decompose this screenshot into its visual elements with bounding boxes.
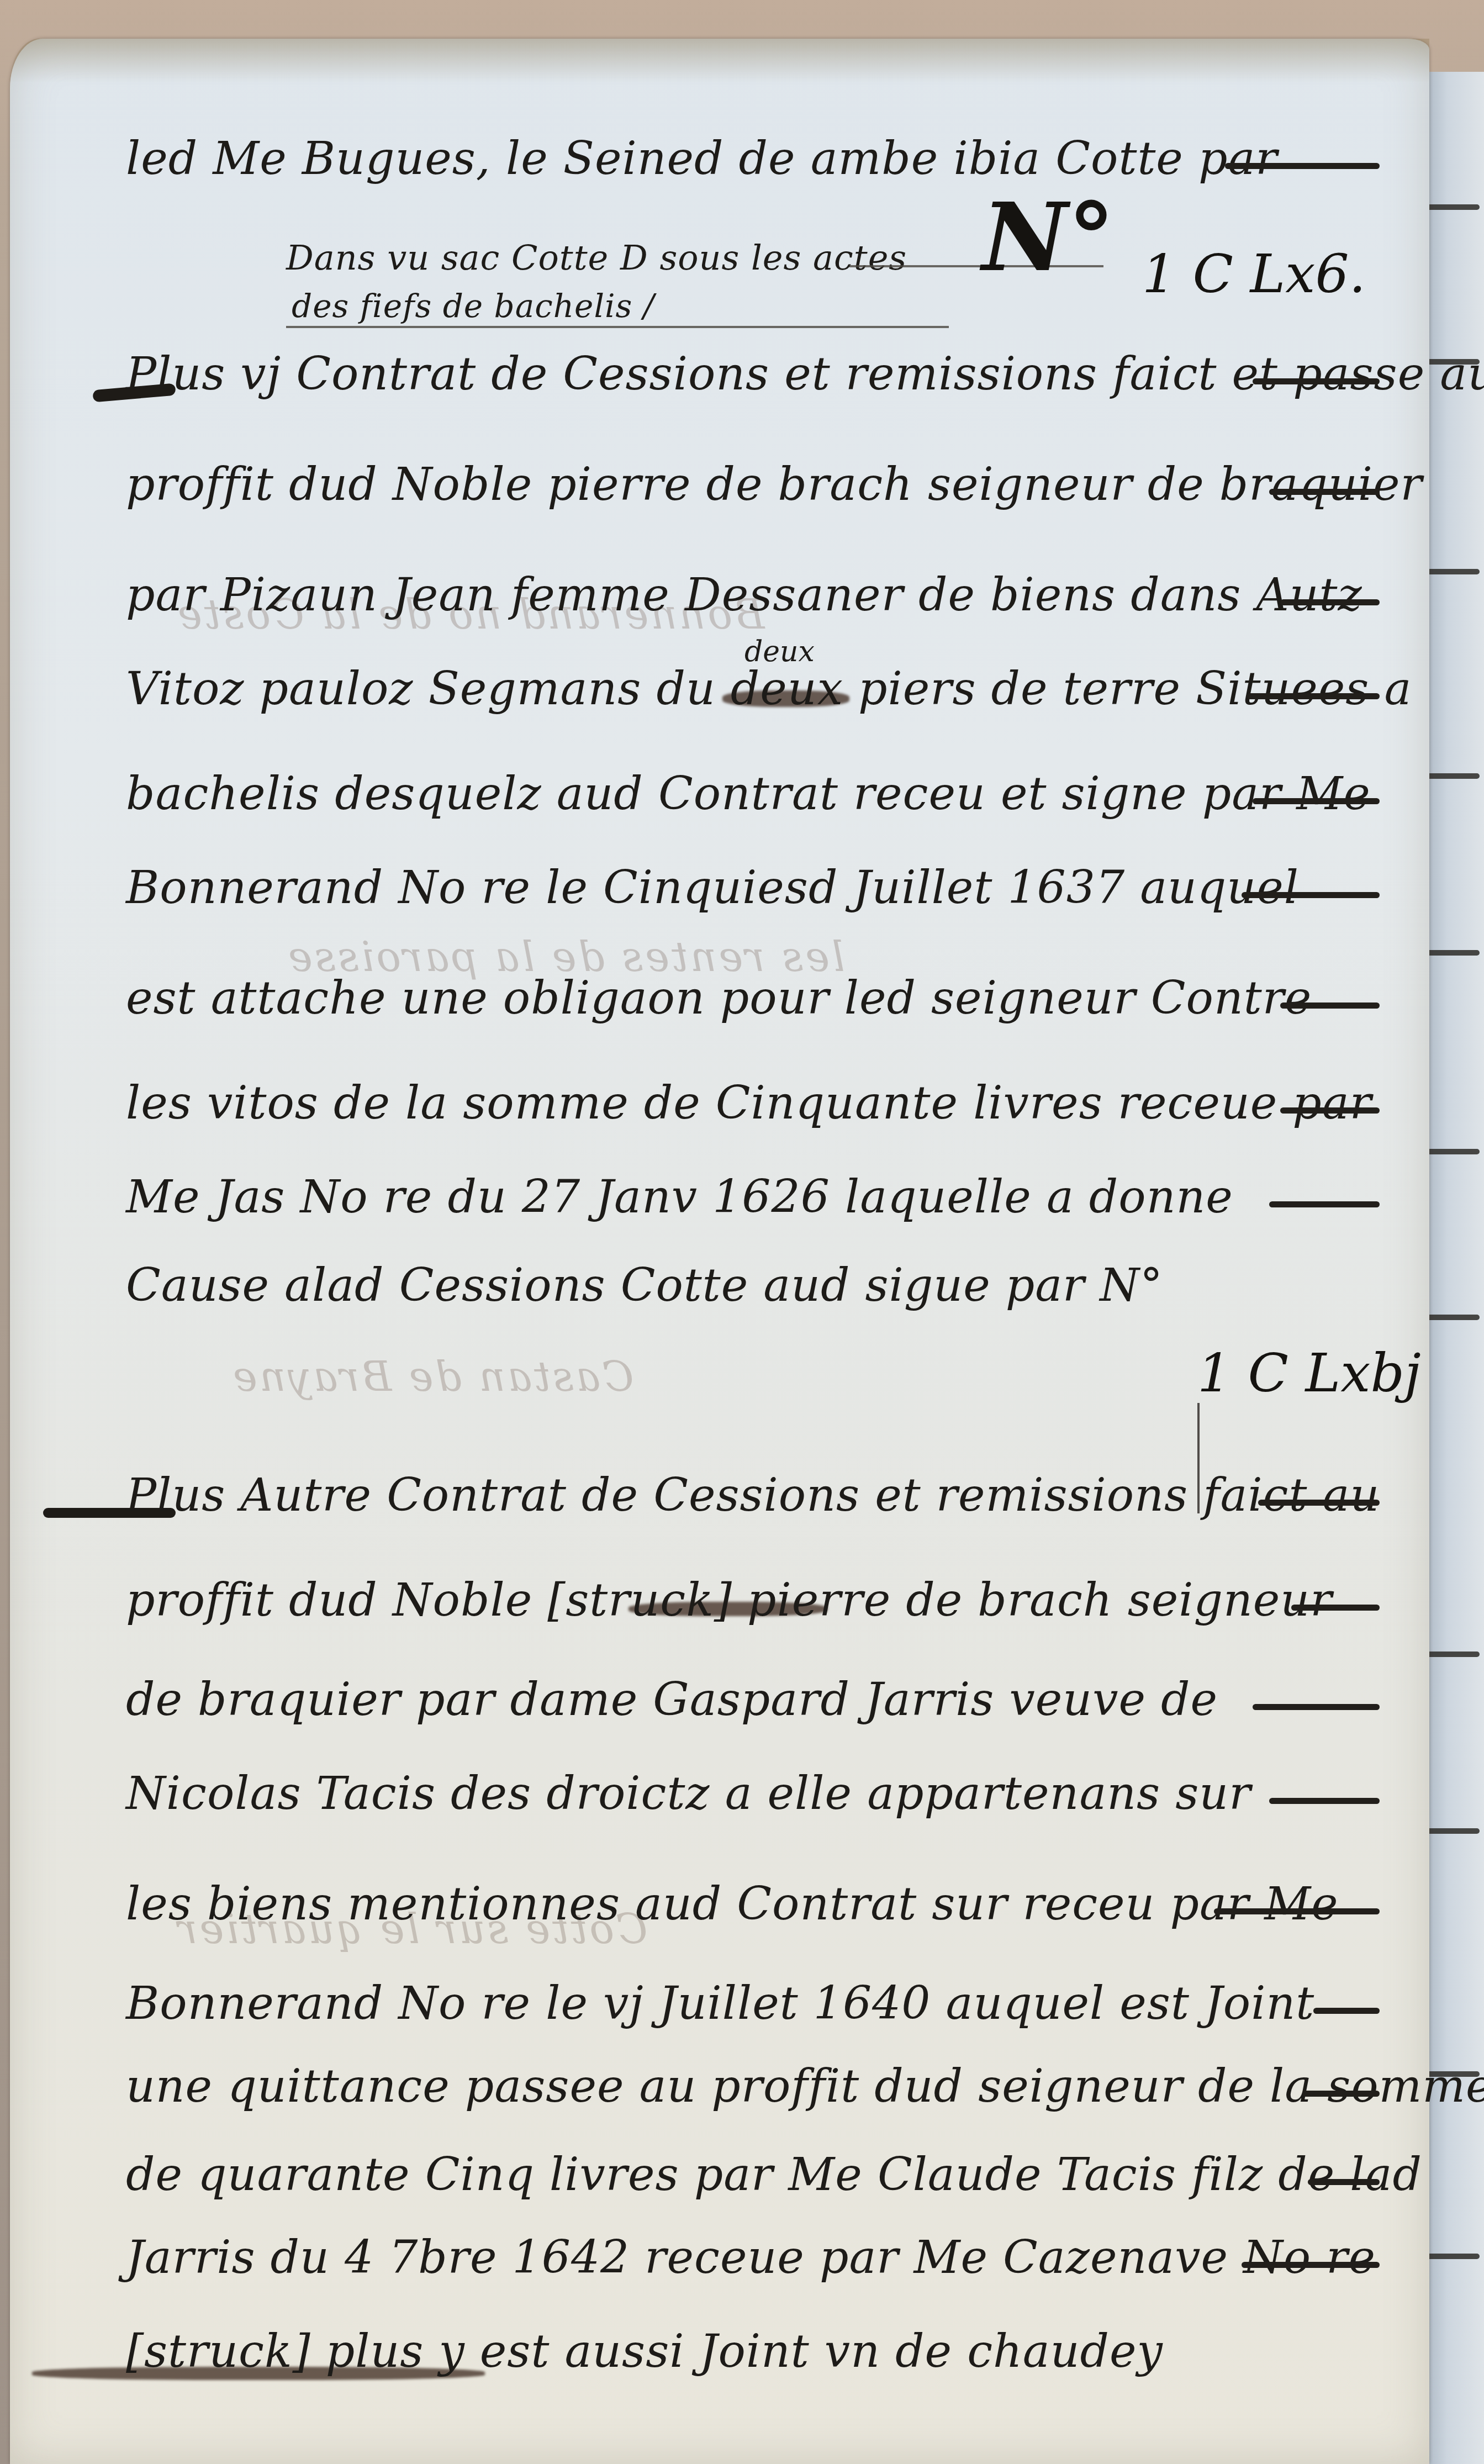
page-edge-dash	[1427, 1652, 1480, 1657]
entry-1-line-3: par Pizaun Jean femme Dessaner de biens …	[126, 569, 1363, 621]
line-end-dash	[1253, 798, 1380, 804]
line-end-dash	[1247, 693, 1380, 699]
reference-label-number: N°	[982, 182, 1115, 293]
line-end-dash	[1269, 1798, 1380, 1804]
entry-1-line-9: Me Jas No re du 27 Janv 1626 laquelle a …	[126, 1171, 1363, 1223]
line-end-dash	[1280, 599, 1380, 605]
line-end-dash	[1225, 163, 1380, 169]
entry-2-line-5: les biens mentionnes aud Contrat sur rec…	[126, 1878, 1363, 1930]
line-end-dash	[1302, 2091, 1380, 2097]
page-edge-dash	[1427, 1315, 1480, 1320]
entry-1-reference-number: 1 C Lxbj	[1197, 1342, 1421, 1404]
page-edge-dash	[1427, 1149, 1480, 1154]
line-end-dash	[1280, 1003, 1380, 1009]
line-end-dash	[1291, 1605, 1380, 1611]
bleed-through-text: Castan de Brayne	[231, 1353, 634, 1401]
entry-2-line-1: Plus Autre Contrat de Cessions et remiss…	[126, 1469, 1363, 1522]
line-end-dash	[1253, 378, 1380, 384]
reference-number: 1 C Lx6.	[1142, 243, 1366, 305]
line-end-dash	[1242, 2262, 1380, 2268]
line-end-dash	[1269, 489, 1380, 495]
entry-1-line-2: proffit dud Noble pierre de brach seigne…	[126, 458, 1363, 511]
entry-1-line-6: Bonnerand No re le Cinquiesd Juillet 163…	[126, 862, 1363, 914]
line-end-dash	[1253, 1704, 1380, 1710]
page-edge-dash	[1427, 1828, 1480, 1834]
entry-2-line-3: de braquier par dame Gaspard Jarris veuv…	[126, 1674, 1363, 1726]
entry-1-line-8: les vitos de la somme de Cinquante livre…	[126, 1077, 1363, 1130]
entry-1-line-7: est attache une obligaon pour led seigne…	[126, 972, 1363, 1025]
entry-2-line-4: Nicolas Tacis des droictz a elle apparte…	[126, 1767, 1363, 1820]
line-end-dash	[1214, 1908, 1380, 1914]
entry-1-line-5: bachelis desquelz aud Contrat receu et s…	[126, 768, 1363, 820]
entry-2-line-8: de quarante Cinq livres par Me Claude Ta…	[126, 2149, 1363, 2201]
line-end-dash	[1269, 1201, 1380, 1207]
entry-1-line-10: Cause alad Cessions Cotte aud sigue par …	[126, 1259, 1363, 1312]
page-edge-dash	[1427, 204, 1480, 210]
header-line-1: led Me Bugues, le Seined de ambe ibia Co…	[126, 133, 1363, 185]
line-end-dash	[1258, 1500, 1380, 1506]
entry-2-line-10: [struck] plus y est aussi Joint vn de ch…	[126, 2325, 1363, 2378]
entry-2-line-9: Jarris du 4 7bre 1642 receue par Me Caze…	[126, 2231, 1363, 2284]
line-end-dash	[1280, 1107, 1380, 1114]
line-end-dash	[1308, 2179, 1380, 2185]
entry-2-line-6: Bonnerand No re le vj Juillet 1640 auque…	[126, 1977, 1363, 2030]
page-edge-dash	[1427, 2254, 1480, 2259]
reference-underline	[286, 326, 949, 328]
entry-1-line-1: Plus vj Contrat de Cessions et remission…	[126, 348, 1363, 400]
entry-2-line-2: proffit dud Noble [struck] pierre de bra…	[126, 1574, 1363, 1627]
page-edge-dash	[1427, 569, 1480, 574]
line-end-dash	[1242, 892, 1380, 898]
entry-1-line-4: Vitoz pauloz Segmans du deux piers de te…	[126, 663, 1363, 715]
line-end-dash	[1313, 2008, 1380, 2014]
page-edge-dash	[1427, 773, 1480, 779]
entry-2-line-7: une quittance passee au proffit dud seig…	[126, 2060, 1363, 2113]
page-edge-dash	[1427, 950, 1480, 956]
manuscript-page: Bonnerand no de la Coste les rentes de l…	[10, 39, 1429, 2464]
